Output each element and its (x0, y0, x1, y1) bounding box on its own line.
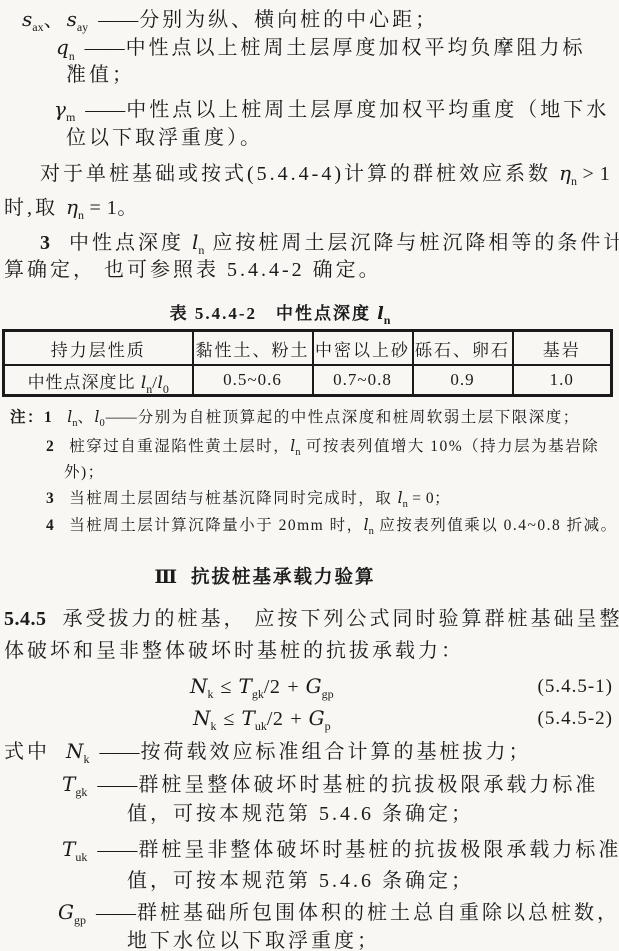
sub-gk: gk (75, 785, 87, 799)
where-ggp-line2: 地下水位以下取浮重度； (127, 930, 380, 951)
var-N: N (190, 674, 208, 698)
para-text: 中性点深度 (69, 232, 192, 254)
caption-text: 表 5.4.4-2 中性点深度 (170, 304, 378, 323)
def-text: 群桩基础所包围体积的桩土总自重除以总桩数， (137, 902, 619, 924)
sub-m: m (66, 110, 75, 124)
section-title: 抗拔桩基承载力验算 (191, 568, 376, 588)
table-cell: 0.7~0.8 (313, 365, 413, 396)
para-text: = 1。 (84, 197, 138, 219)
table-cell: 0.9 (413, 365, 513, 396)
sub-gp: gp (322, 687, 334, 701)
var-s: s (67, 7, 77, 31)
where-tuk-line2: 值，可按本规范第 5.4.6 条确定； (127, 870, 474, 892)
caesura-mark: 、 (44, 9, 67, 31)
section-heading: Ⅲ抗拔桩基承载力验算 (0, 563, 530, 589)
sub-ax: ax (32, 20, 43, 34)
clause-text: 承受拔力的桩基， 应按下列公式同时验算群桩基础呈整 (63, 608, 619, 630)
note-text: 应按表列值乘以 0.4~0.8 折减。 (374, 517, 618, 534)
note-number: 4 (46, 517, 55, 534)
var-G: G (306, 674, 322, 698)
table-cell: 0.5~0.6 (193, 365, 313, 396)
table-header-cell: 中密以上砂 (313, 331, 413, 366)
table-header-cell: 持力层性质 (4, 331, 193, 366)
var-s: s (22, 7, 32, 31)
def-dash: —— (106, 409, 137, 426)
where-tgk-line2: 值，可按本规范第 5.4.6 条确定； (127, 803, 474, 825)
sub-uk: uk (75, 850, 87, 864)
item3-line1: 3中性点深度 ln 应按桩周土层沉降与桩沉降相等的条件计 (40, 231, 619, 254)
notes-label: 注： (10, 409, 44, 426)
var-T: T (62, 772, 75, 796)
note-text: = 0； (408, 490, 450, 507)
equation-2-number: (5.4.5-2) (538, 708, 613, 730)
equation-2: Nk≤Tuk/2+Gp (193, 707, 331, 730)
sub-uk: uk (255, 719, 267, 733)
table-note-1: 注：1ln、l0——分别为自桩顶算起的中性点深度和桩周软弱土层下限深度； (10, 408, 580, 427)
def-text: 中性点以上桩周土层厚度加权平均负摩阻力标 (126, 37, 586, 59)
para-text: 对于单桩基础或按式(5.4.4-4)计算的群桩效应系数 (40, 163, 559, 185)
where-ggp-line1: Ggp——群桩基础所包围体积的桩土总自重除以总桩数， (58, 901, 619, 924)
sub-gk: gk (252, 687, 264, 701)
note-number: 2 (46, 438, 55, 455)
divide-by-2: /2 (264, 676, 281, 698)
sub-k: k (208, 687, 214, 701)
var-G: G (58, 900, 74, 924)
def-text: 位以下取浮重度）。 (66, 127, 263, 149)
sub-n: n (384, 313, 391, 327)
def-dash: —— (97, 839, 137, 861)
leq-operator: ≤ (221, 676, 232, 698)
equation-1: Nk≤Tgk/2+Ggp (190, 675, 334, 698)
clause-text: 体破坏和呈非整体破坏时基桩的抗拔承载力： (4, 640, 464, 662)
para-eta-line1: 对于单桩基础或按式(5.4.4-4)计算的群桩效应系数 ηn > 1 (40, 162, 610, 185)
note-text: 可按表列值增大 10%（持力层为基岩除 (300, 438, 599, 455)
neutral-point-depth-table: 持力层性质 黏性土、粉土 中密以上砂 砾石、卵石 基岩 中性点深度比 ln/l0… (2, 329, 613, 397)
var-N: N (193, 706, 211, 730)
def-text: 分别为纵、横向桩的中心距； (139, 9, 438, 31)
row-label-text: 中性点深度比 (28, 373, 141, 392)
def-text: 中性点以上桩周土层厚度加权平均重度（地下水 (126, 99, 609, 121)
var-T: T (62, 837, 75, 861)
sub-k: k (211, 719, 217, 733)
def-dash: —— (85, 99, 125, 121)
table-header-cell: 基岩 (513, 331, 612, 366)
sub-ay: ay (77, 20, 88, 34)
note-text: 外)； (64, 464, 105, 481)
var-G: G (309, 706, 325, 730)
para-text: 时,取 (4, 197, 66, 219)
note-number: 3 (46, 490, 55, 507)
note-text: 当桩周土层计算沉降量小于 20mm 时， (69, 517, 363, 534)
def-dash: —— (100, 741, 140, 763)
clause-545-line2: 体破坏和呈非整体破坏时基桩的抗拔承载力： (4, 640, 464, 662)
def-text: 群桩呈非整体破坏时基桩的抗拔极限承载力标准 (138, 839, 619, 861)
var-q: q (56, 35, 69, 59)
def-dash: —— (96, 902, 136, 924)
def-text: 按荷载效应标准组合计算的基桩拔力； (141, 741, 532, 763)
def-text: 值，可按本规范第 5.4.6 条确定； (127, 803, 474, 825)
symbol-def-gamma-line2: 位以下取浮重度）。 (66, 127, 263, 149)
def-text: 群桩呈整体破坏时基桩的抗拔极限承载力标准 (138, 774, 598, 796)
para-eta-line2: 时,取 ηn = 1。 (4, 196, 138, 219)
symbol-def-qs-line1: qns——中性点以上桩周土层厚度加权平均负摩阻力标 (56, 36, 586, 72)
def-dash: —— (85, 37, 125, 59)
table-header-row: 持力层性质 黏性土、粉土 中密以上砂 砾石、卵石 基岩 (4, 331, 612, 366)
sub-gp: gp (74, 913, 86, 927)
table-header-cell: 砾石、卵石 (413, 331, 513, 366)
table-note-2-line1: 2桩穿过自重湿陷性黄土层时，ln 可按表列值增大 10%（持力层为基岩除 (46, 437, 599, 456)
note-text: 桩穿过自重湿陷性黄土层时， (69, 438, 290, 455)
note-text: 当桩周土层固结与桩基沉降同时完成时，取 (69, 490, 397, 507)
sub-k: k (84, 752, 90, 766)
def-text: 准值； (66, 64, 135, 86)
section-numeral: Ⅲ (154, 568, 177, 588)
var-T: T (238, 674, 251, 698)
table-note-2-line2: 外)； (64, 464, 105, 482)
plus-operator: + (287, 676, 298, 698)
var-eta: η (559, 161, 571, 185)
var-T: T (241, 706, 254, 730)
var-gamma: γ (54, 97, 66, 121)
caesura-mark: 、 (77, 409, 94, 426)
var-eta: η (66, 195, 78, 219)
def-dash: —— (97, 774, 137, 796)
note-text: 分别为自桩顶算起的中性点深度和桩周软弱土层下限深度； (138, 409, 580, 426)
item3-line2: 算确定， 也可参照表 5.4.4-2 确定。 (4, 259, 382, 281)
symbol-def-sax-say: sax、say——分别为纵、横向桩的中心距； (22, 8, 438, 31)
var-N: N (66, 739, 84, 763)
para-text: > 1 (577, 163, 610, 185)
sub-0: 0 (99, 418, 104, 429)
table-caption: 表 5.4.4-2 中性点深度 ln (0, 299, 560, 324)
where-tgk-line1: Tgk——群桩呈整体破坏时基桩的抗拔极限承载力标准 (62, 773, 598, 796)
sub-p: p (325, 719, 331, 733)
table-note-3: 3当桩周土层固结与桩基沉降同时完成时，取 ln = 0； (46, 489, 450, 508)
equation-1-number: (5.4.5-1) (538, 676, 613, 698)
def-text: 值，可按本规范第 5.4.6 条确定； (127, 870, 474, 892)
plus-operator: + (290, 708, 301, 730)
item-number: 3 (40, 232, 53, 254)
sub-0: 0 (163, 382, 169, 396)
where-nk-line: 式中Nk——按荷载效应标准组合计算的基桩拔力； (4, 740, 532, 763)
table-header-cell: 黏性土、粉土 (193, 331, 313, 366)
para-text: 应按桩周土层沉降与桩沉降相等的条件计 (204, 232, 619, 254)
table-data-row: 中性点深度比 ln/l0 0.5~0.6 0.7~0.8 0.9 1.0 (4, 365, 612, 396)
def-dash: —— (98, 9, 138, 31)
symbol-def-qs-line2: 准值； (66, 64, 135, 86)
note-number: 1 (44, 409, 53, 426)
leq-operator: ≤ (224, 708, 235, 730)
clause-number: 5.4.5 (4, 608, 47, 630)
where-label: 式中 (4, 741, 50, 763)
table-note-4: 4当桩周土层计算沉降量小于 20mm 时，ln 应按表列值乘以 0.4~0.8 … (46, 516, 618, 535)
table-cell: 1.0 (513, 365, 612, 396)
document-page: sax、say——分别为纵、横向桩的中心距； qns——中性点以上桩周土层厚度加… (0, 0, 619, 951)
def-text: 地下水位以下取浮重度； (127, 930, 380, 951)
table-row-label: 中性点深度比 ln/l0 (4, 365, 193, 396)
divide-by-2: /2 (267, 708, 284, 730)
para-text: 算确定， 也可参照表 5.4.4-2 确定。 (4, 259, 382, 281)
clause-545-line1: 5.4.5承受拔力的桩基， 应按下列公式同时验算群桩基础呈整 (4, 608, 619, 630)
symbol-def-gamma-line1: γm——中性点以上桩周土层厚度加权平均重度（地下水 (54, 98, 609, 121)
where-tuk-line1: Tuk——群桩呈非整体破坏时基桩的抗拔极限承载力标准 (62, 838, 619, 861)
